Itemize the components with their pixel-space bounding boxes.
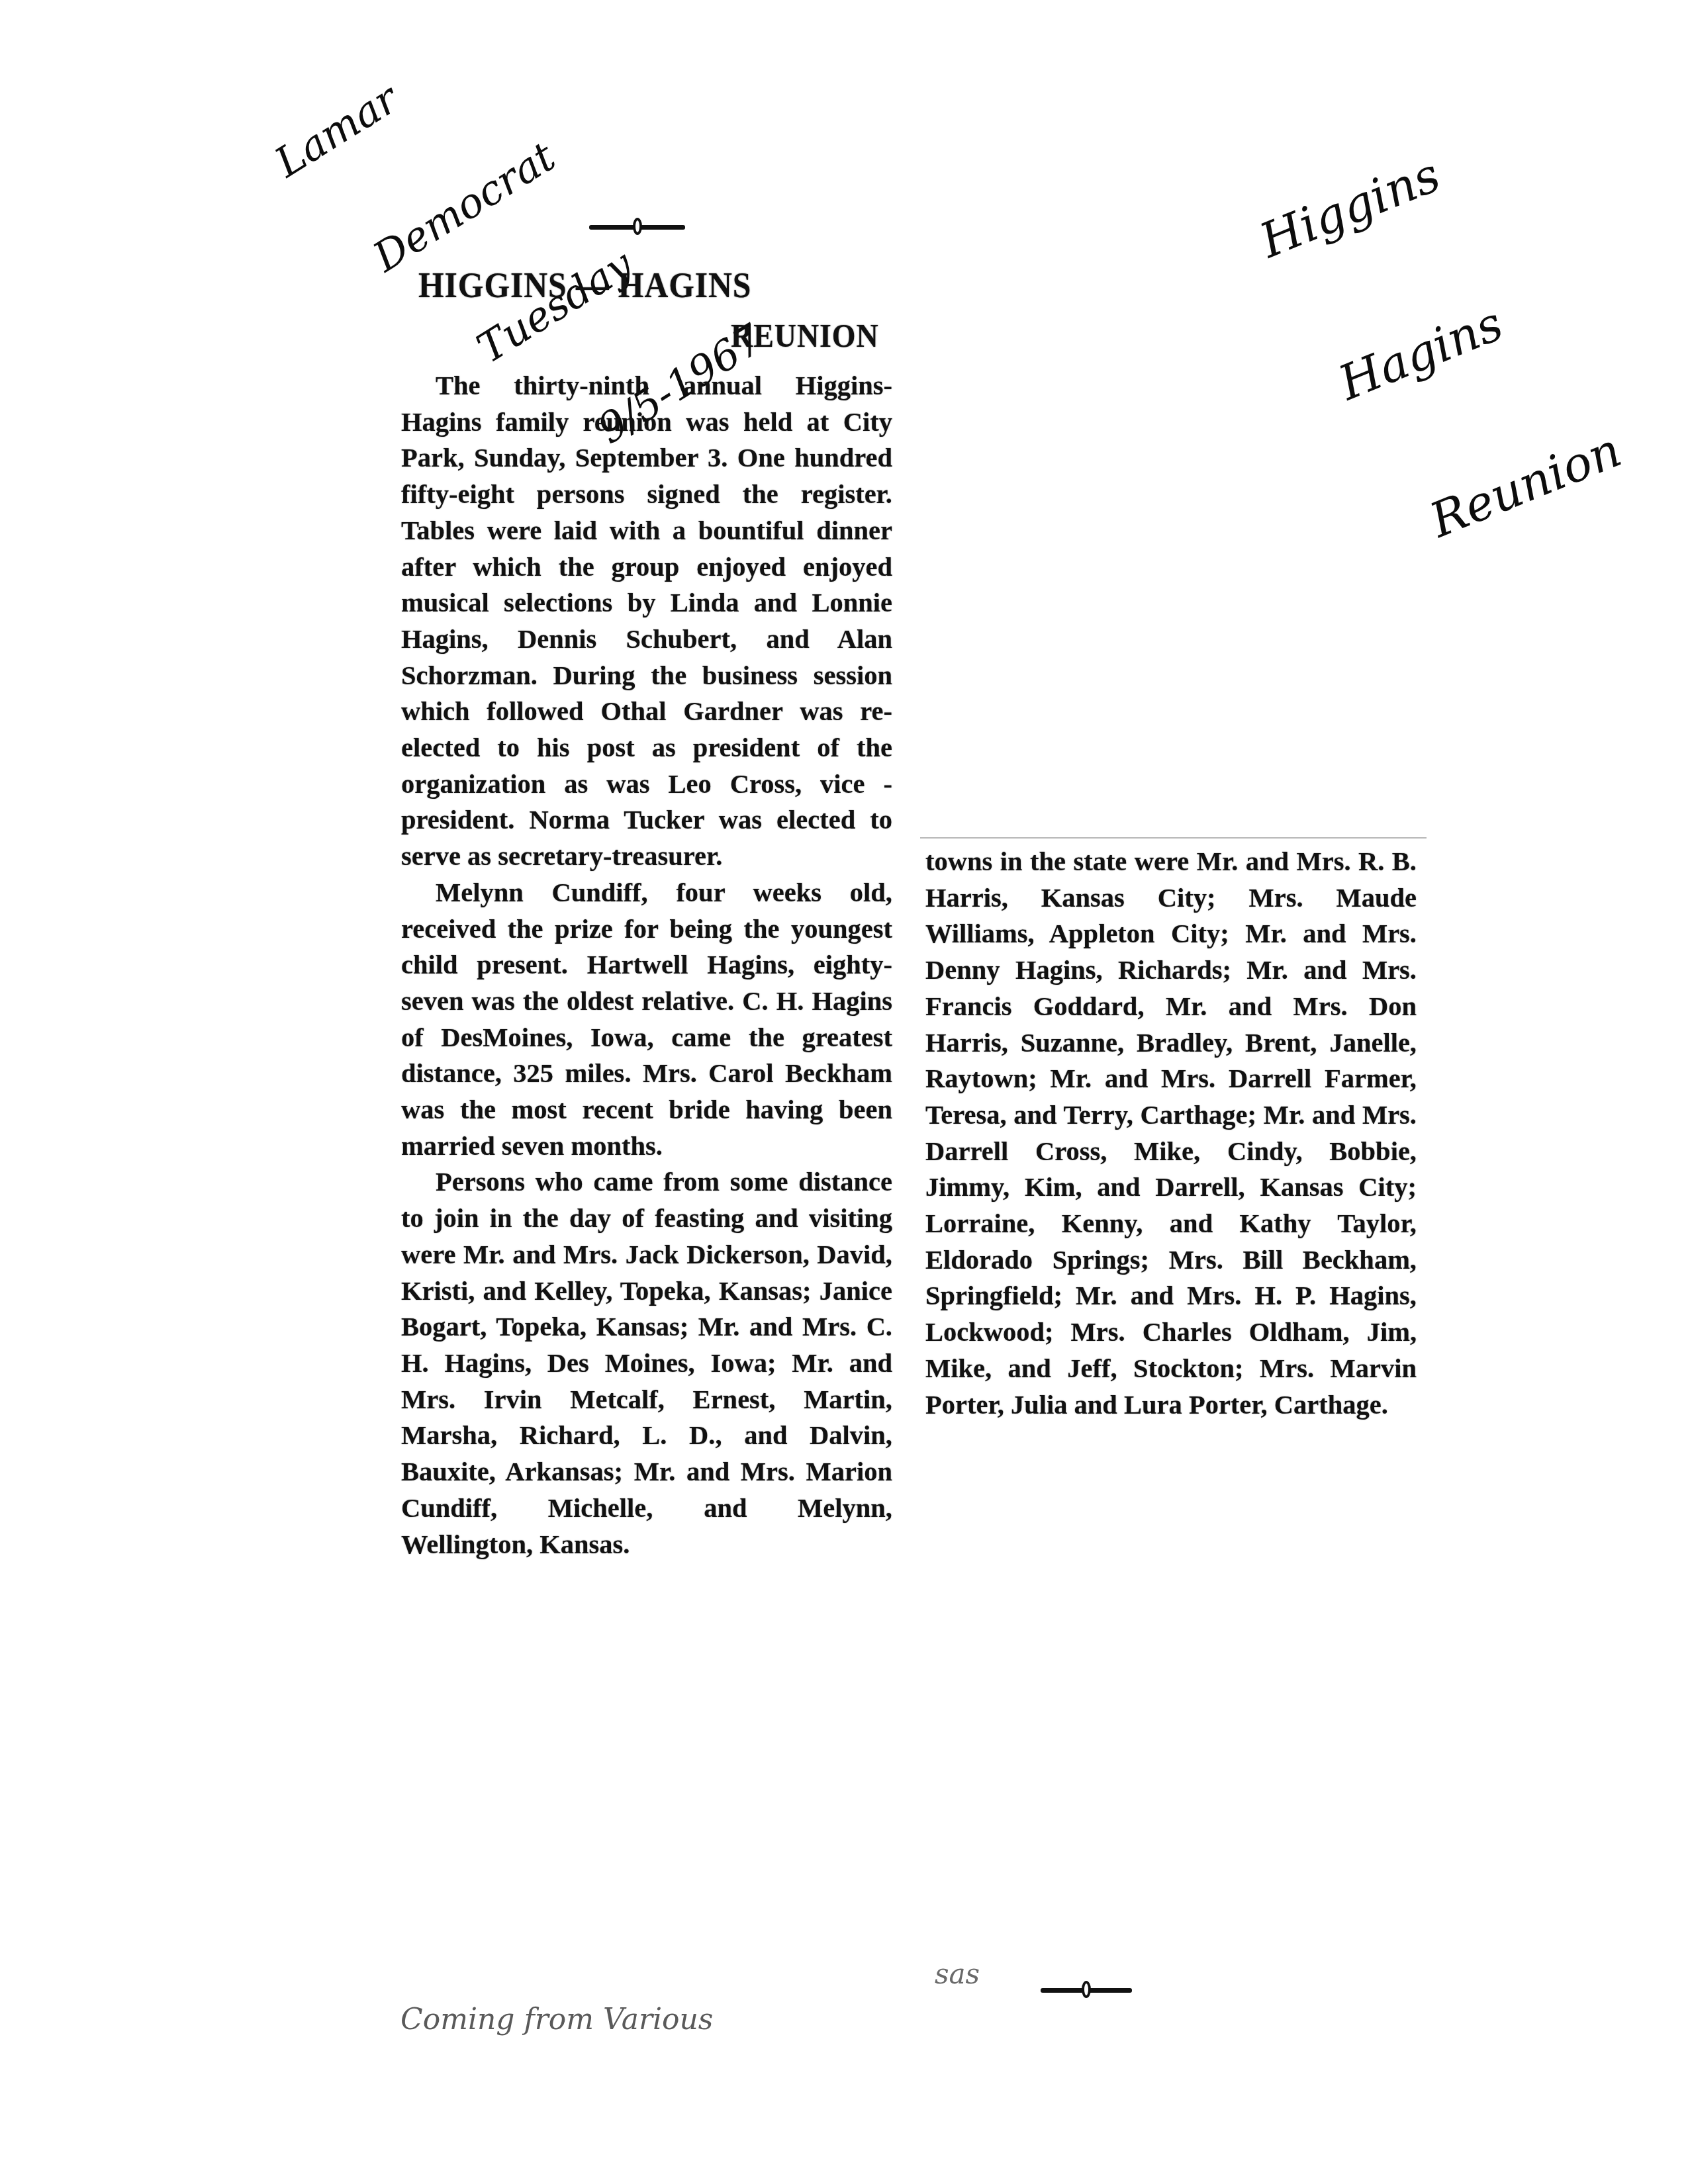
headline-line-1: HIGGINS — HAGINS: [418, 265, 751, 306]
ornament-circle-icon: [1082, 1981, 1091, 1998]
handwritten-line: Democrat: [367, 93, 629, 279]
handwritten-line: Hagins: [1333, 276, 1567, 408]
handwritten-continuation: sas: [935, 1958, 980, 1990]
article-paragraph: Persons who came from some distance to j…: [401, 1164, 892, 1563]
article-left-column: The thirty-ninth annual Higgins- Hagins …: [401, 368, 892, 1563]
clipping-edge: [920, 837, 1427, 839]
handwritten-bottom-note: Coming from Various: [400, 2005, 713, 2034]
bottom-ornament-rule: [1041, 1988, 1132, 1993]
article-paragraph: towns in the state were Mr. and Mrs. R. …: [925, 844, 1417, 1423]
handwritten-line: Higgins: [1254, 126, 1506, 265]
article-right-column: towns in the state were Mr. and Mrs. R. …: [925, 844, 1417, 1423]
article-paragraph: The thirty-ninth annual Higgins- Hagins …: [401, 368, 892, 875]
top-ornament-rule: [589, 225, 685, 230]
ornament-circle-icon: [633, 218, 642, 235]
handwritten-title-note: Higgins Hagins Reunion: [1218, 38, 1652, 626]
headline-line-2: REUNION: [731, 316, 879, 355]
handwritten-line: Reunion: [1424, 426, 1627, 545]
article-paragraph: Melynn Cundiff, four weeks old, received…: [401, 875, 892, 1165]
